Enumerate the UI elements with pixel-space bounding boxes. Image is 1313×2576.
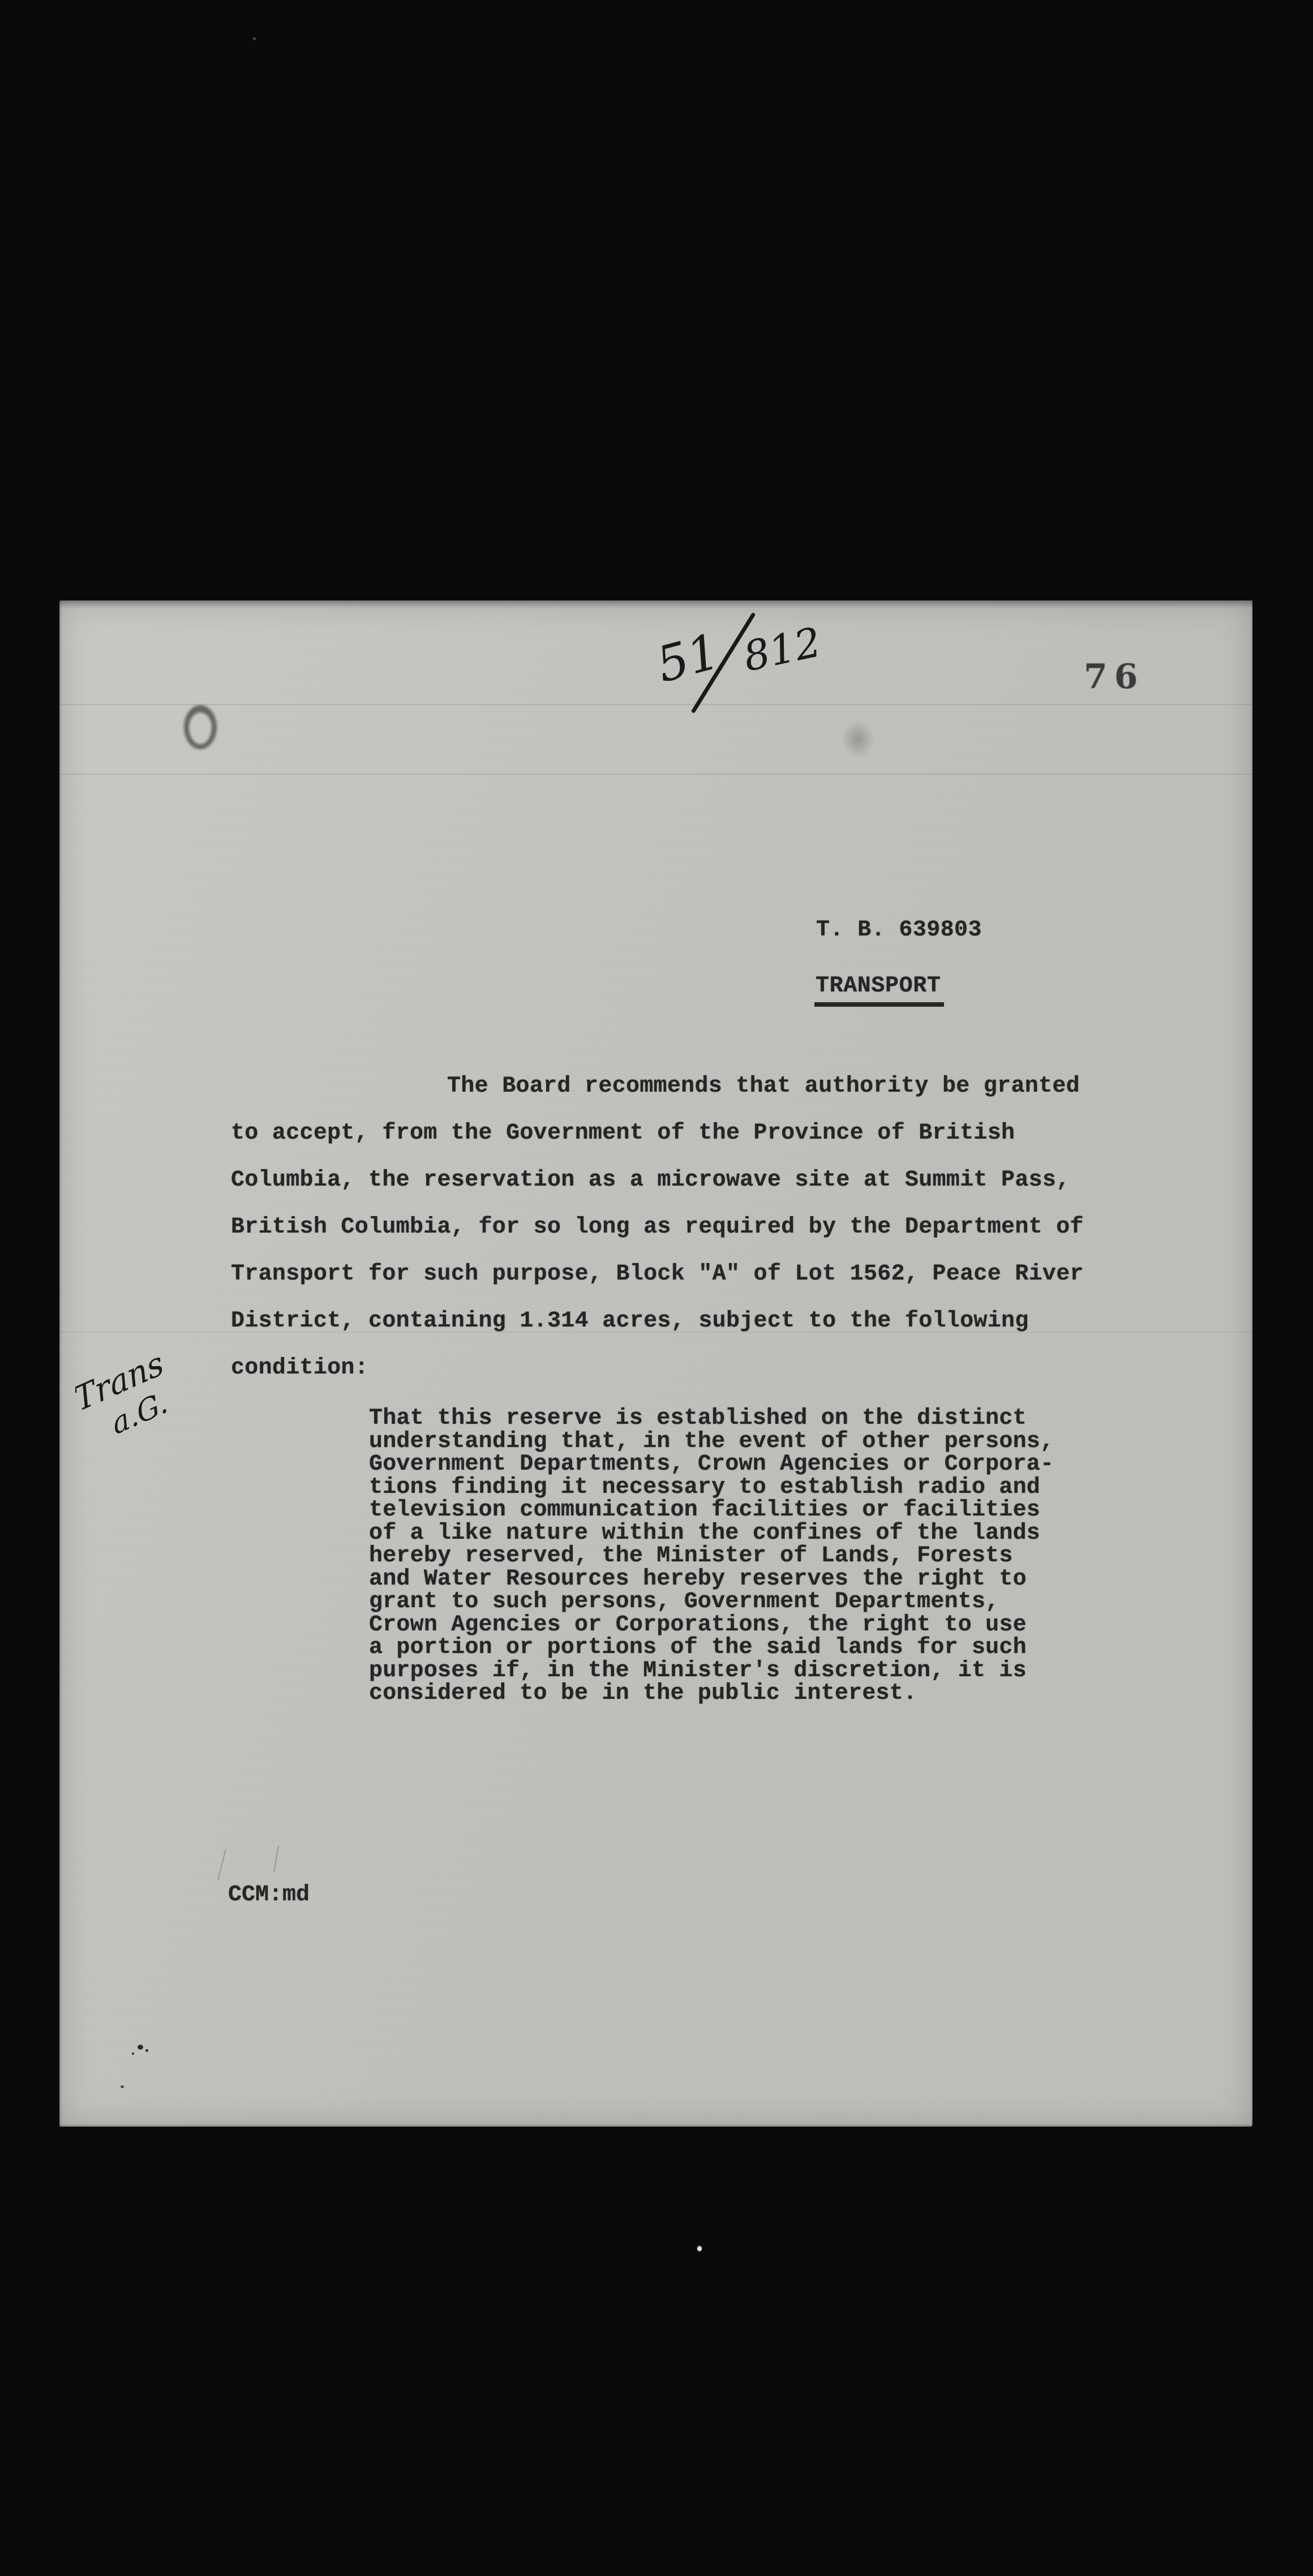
memo-body-paragraph: The Board recommends that authority be g… xyxy=(231,1063,1159,1392)
document-page: 51 812 76 T. B. 639803 TRANSPORT The Boa… xyxy=(59,600,1252,2127)
file-number-denominator: 812 xyxy=(739,618,825,681)
scan-streak xyxy=(59,704,1252,705)
ink-speck xyxy=(145,2049,148,2052)
scan-streak xyxy=(59,774,1252,775)
page-number-stamp: 76 xyxy=(1084,657,1145,697)
ink-speck xyxy=(138,2045,143,2050)
ink-smudge xyxy=(842,720,874,758)
ink-speck xyxy=(86,1381,88,1384)
pencil-scratch xyxy=(273,1845,279,1873)
dust-speck xyxy=(697,2246,702,2251)
scanner-background: 51 812 76 T. B. 639803 TRANSPORT The Boa… xyxy=(0,0,1313,2576)
treasury-board-reference: T. B. 639803 xyxy=(816,919,982,942)
ink-speck xyxy=(121,2085,124,2088)
condition-paragraph: That this reserve is established on the … xyxy=(369,1407,1093,1706)
handwritten-file-number: 51 812 xyxy=(653,606,844,717)
dust-speck xyxy=(253,37,256,40)
circle-stamp-mark xyxy=(184,705,217,749)
pencil-scratch xyxy=(217,1849,226,1881)
department-title: TRANSPORT xyxy=(814,975,944,1007)
handwritten-margin-note: Trans a.G. xyxy=(75,1336,211,1449)
typist-initials: CCM:md xyxy=(228,1884,310,1907)
ink-speck xyxy=(132,2053,134,2055)
file-number-numerator: 51 xyxy=(653,623,726,694)
